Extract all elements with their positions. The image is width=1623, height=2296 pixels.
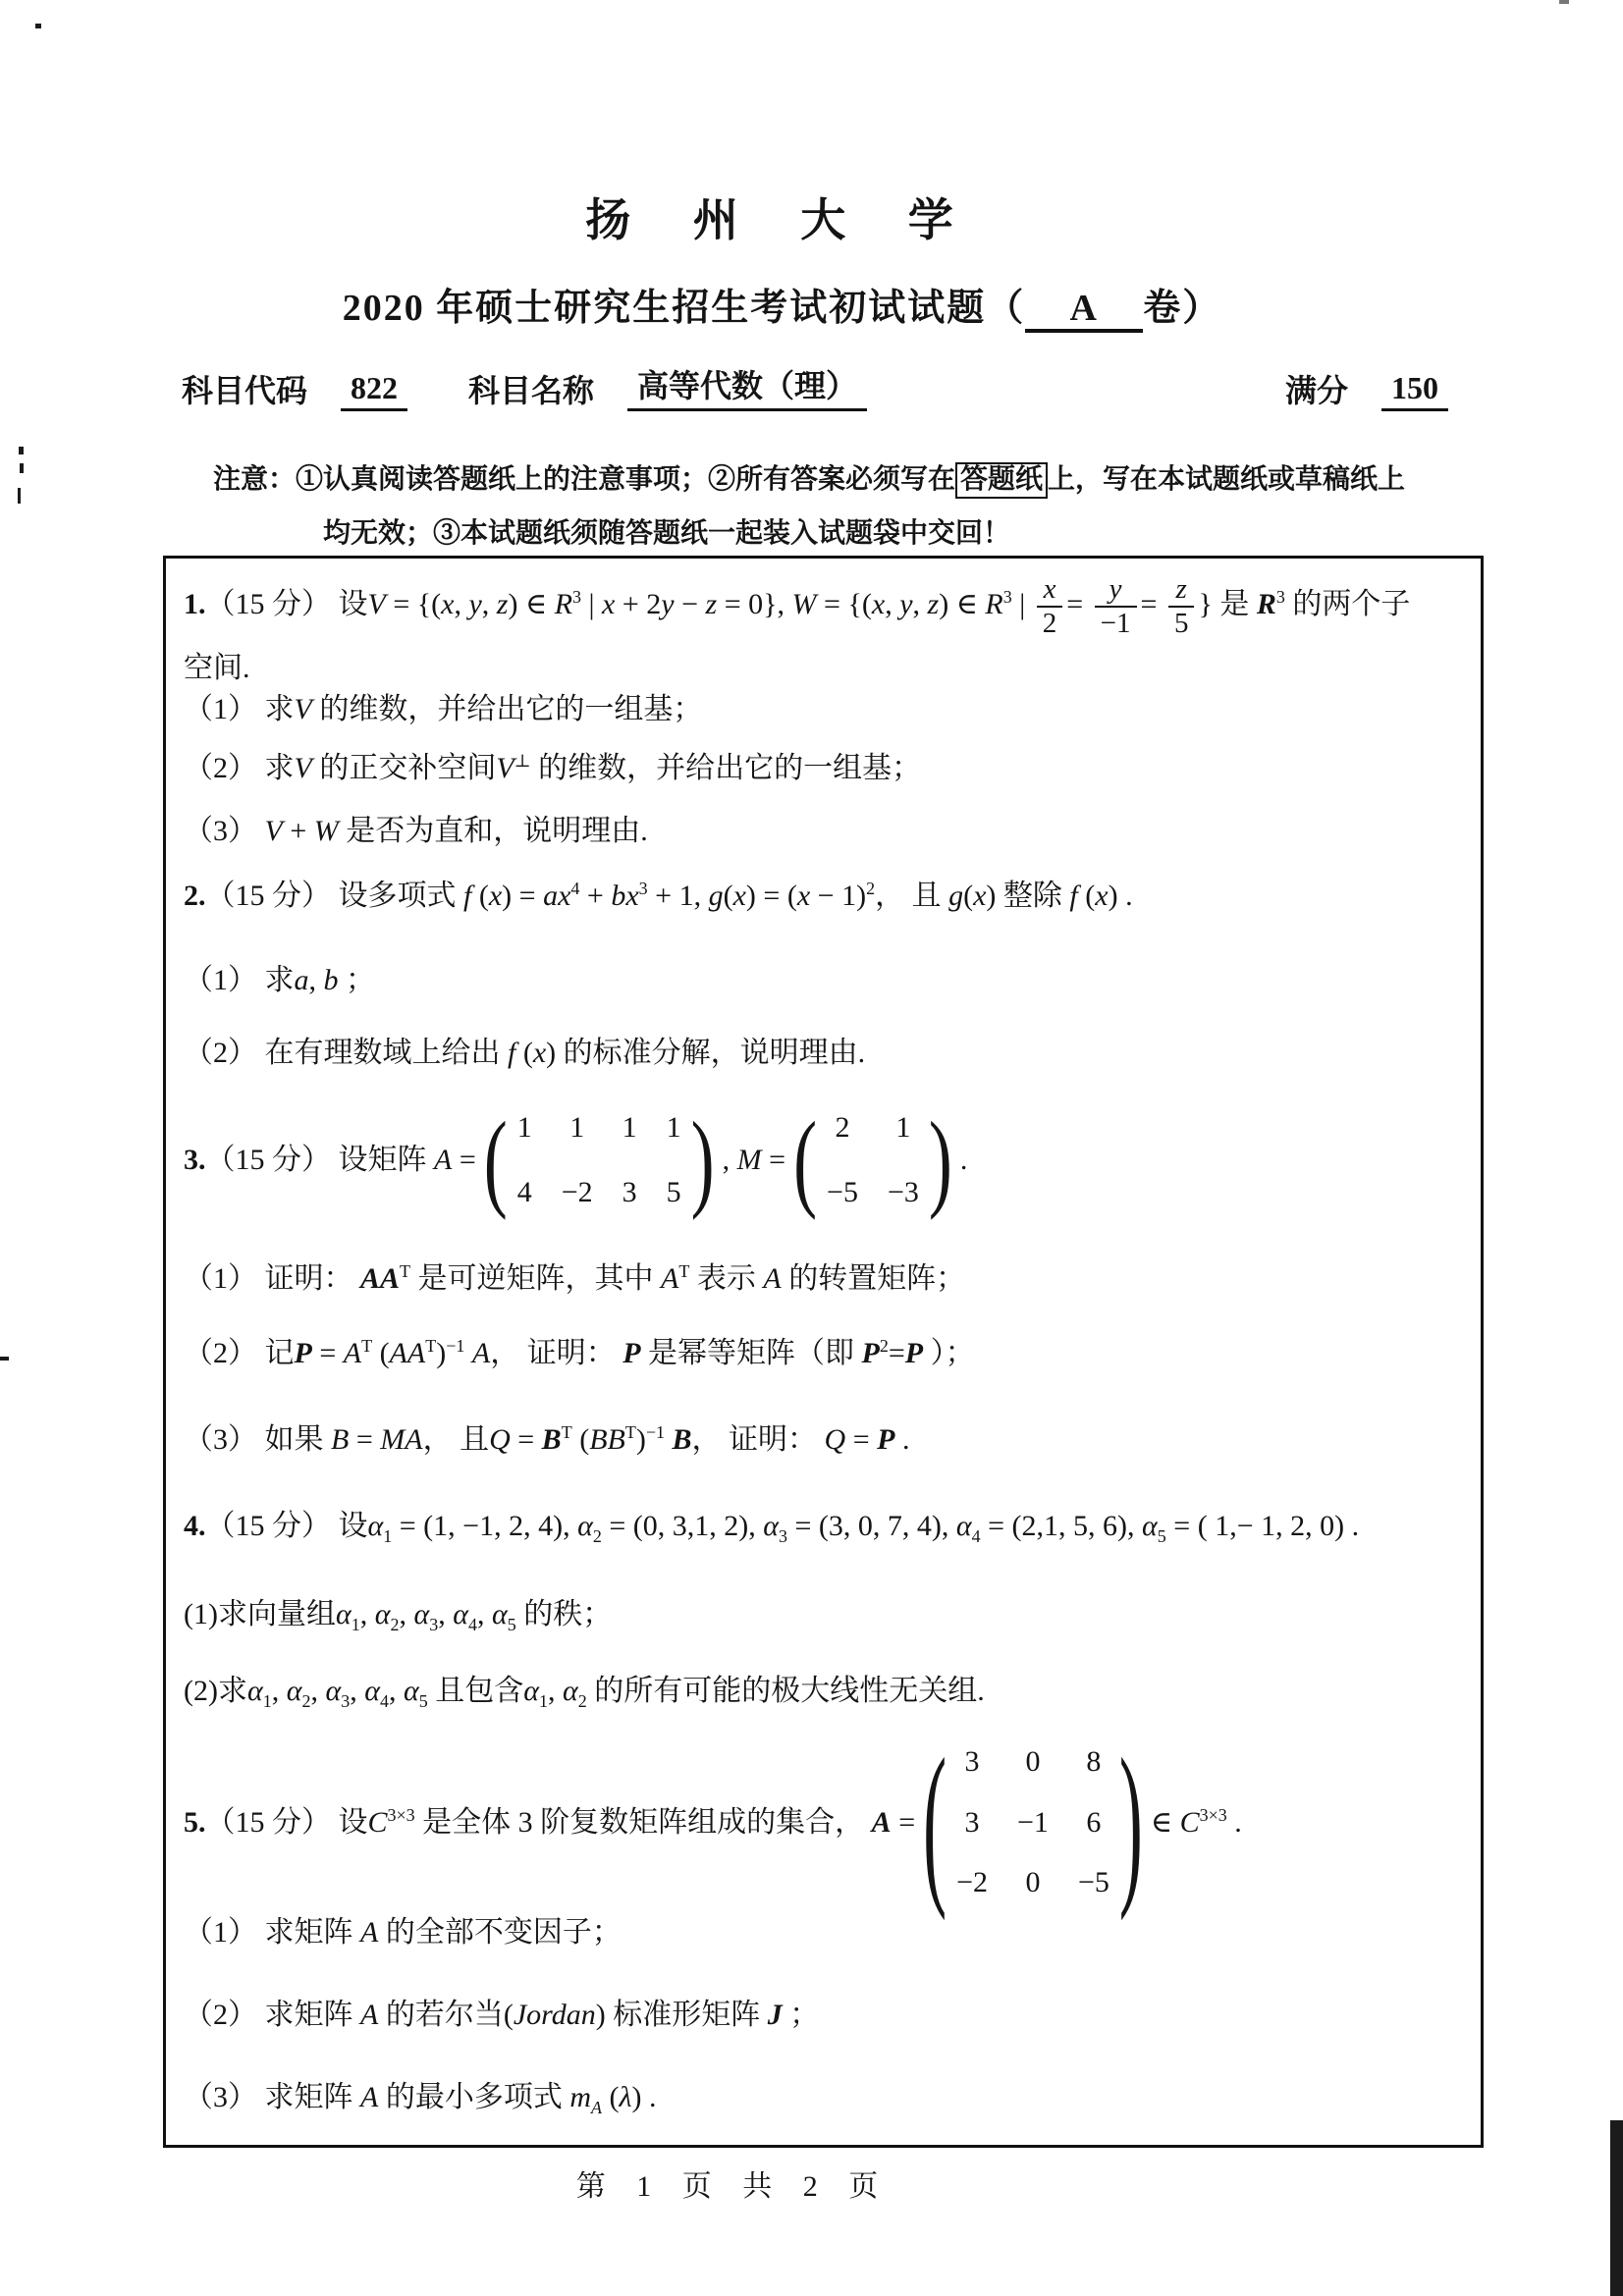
question-1-item-2: （2） 求V 的正交补空间V⊥ 的维数，并给出它的一组基； [184, 747, 1471, 790]
question-5-item-1: （1） 求矩阵 A 的全部不变因子； [184, 1911, 1471, 1954]
question-1-item-3: （3） V + W 是否为直和，说明理由. [184, 810, 1471, 853]
scan-artifact [20, 463, 24, 473]
question-4-item-2: (2)求α1, α2, α3, α4, α5 且包含α1, α2 的所有可能的极… [184, 1670, 1471, 1713]
matrix-cell: 3 [956, 1801, 988, 1844]
full-score-value: 150 [1381, 370, 1448, 411]
question-2-item-2: （2） 在有理数域上给出 f (x) 的标准分解，说明理由. [184, 1032, 1471, 1075]
question-2-main: 2.（15 分） 设多项式 f (x) = ax4 + bx3 + 1, g(x… [184, 875, 1471, 918]
matrix-cell: 1 [667, 1106, 681, 1149]
matrix-cell: −1 [1017, 1801, 1049, 1844]
notice-label: 注意： [213, 464, 296, 495]
exam-paper-page: 扬 州 大 学 2020 年硕士研究生招生考试初试试题（A卷） 科目代码 822… [0, 0, 1623, 2296]
matrix-cell: 3 [956, 1740, 988, 1784]
page-footer: 第 1 页 共 2 页 [0, 2162, 1466, 2205]
subject-row: 科目代码 822 科目名称 高等代数（理） 满分 150 [182, 361, 1448, 411]
full-score-label: 满分 [1285, 366, 1348, 411]
matrix-cell: 1 [562, 1106, 593, 1149]
exam-title: 2020 年硕士研究生招生考试初试试题（A卷） [0, 277, 1564, 333]
question-1-line2: 空间. [184, 647, 1471, 690]
question-4-main: 4.（15 分） 设α1 = (1, −1, 2, 4), α2 = (0, 3… [184, 1505, 1471, 1548]
scan-artifact [19, 447, 24, 454]
matrix-cell: 4 [517, 1171, 532, 1214]
scan-edge-strip [1610, 2120, 1623, 2296]
subject-name-value: 高等代数（理） [627, 361, 867, 411]
matrix-cell: 2 [827, 1106, 858, 1149]
question-5-intro: 5.（15 分） 设C3×3 是全体 3 阶复数矩阵组成的集合， A = [184, 1801, 915, 1844]
matrix-cell: 1 [622, 1106, 637, 1149]
matrix-cell: 1 [888, 1106, 919, 1149]
paper-type-close: 卷） [1143, 288, 1221, 329]
paper-type-open: （ [986, 288, 1025, 329]
question-1-line1: 1.（15 分） 设V = {(x, y, z) ∈ R3 | x + 2y −… [184, 574, 1471, 640]
question-3-item-1: （1） 证明： AAT 是可逆矩阵，其中 AT 表示 A 的转置矩阵； [184, 1257, 1471, 1301]
matrix-cell: 0 [1017, 1861, 1049, 1904]
scan-artifact [0, 1357, 9, 1361]
matrix-cell: 6 [1078, 1801, 1109, 1844]
question-5-end: ∈ C3×3 . [1151, 1801, 1242, 1844]
question-1-item-1: （1） 求V 的维数，并给出它的一组基； [184, 688, 1471, 731]
matrix-cell: −3 [888, 1171, 919, 1214]
scan-artifact [18, 488, 21, 504]
subject-code-label: 科目代码 [182, 366, 307, 411]
question-3-item-2: （2） 记P = AT (AAT)−1 A， 证明： P 是幂等矩阵（即 P2=… [184, 1332, 1471, 1375]
question-5-item-2: （2） 求矩阵 A 的若尔当(Jordan) 标准形矩阵 J ； [184, 1994, 1471, 2037]
questions-box: 1.（15 分） 设V = {(x, y, z) ∈ R3 | x + 2y −… [163, 556, 1484, 2148]
question-3-end: . [960, 1139, 968, 1182]
scan-artifact [1559, 0, 1569, 4]
notice-block: 注意：①认真阅读答题纸上的注意事项；②所有答案必须写在答题纸上，写在本试题纸或草… [213, 454, 1609, 561]
scan-artifact [35, 24, 41, 28]
question-3-mid: , M = [723, 1139, 785, 1182]
matrix-A-3x3: 3083−16−20−5 [923, 1740, 1143, 1904]
question-5-main: 5.（15 分） 设C3×3 是全体 3 阶复数矩阵组成的集合， A = 308… [184, 1740, 1471, 1904]
matrix-M: 21−5−3 [793, 1106, 952, 1213]
notice-part2: 上，写在本试题纸或草稿纸上 [1048, 464, 1405, 495]
matrix-cell: −2 [956, 1861, 988, 1904]
matrix-A: 11114−235 [484, 1106, 715, 1213]
question-3-item-3: （3） 如果 B = MA， 且Q = BT (BBT)−1 B， 证明： Q … [184, 1418, 1471, 1462]
matrix-cell: −2 [562, 1171, 593, 1214]
university-title: 扬 州 大 学 [0, 185, 1564, 249]
matrix-cell: 3 [622, 1171, 637, 1214]
question-5-item-3: （3） 求矩阵 A 的最小多项式 mA (λ) . [184, 2076, 1471, 2119]
matrix-cell: −5 [1078, 1861, 1109, 1904]
question-3-intro: 3.（15 分） 设矩阵 A = [184, 1139, 476, 1182]
paper-type-letter: A [1025, 290, 1143, 333]
matrix-cell: 1 [517, 1106, 532, 1149]
matrix-cell: 0 [1017, 1740, 1049, 1784]
matrix-cell: −5 [827, 1171, 858, 1214]
notice-line2: 均无效；③本试题纸须随答题纸一起装入试题袋中交回！ [323, 518, 1010, 549]
notice-part1: ①认真阅读答题纸上的注意事项；②所有答案必须写在 [296, 464, 955, 495]
question-3-main: 3.（15 分） 设矩阵 A = 11114−235 , M = 21−5−3 … [184, 1106, 1471, 1213]
notice-boxed-term: 答题纸 [955, 462, 1048, 499]
subject-name-label: 科目名称 [468, 366, 594, 411]
question-2-item-1: （1） 求a, b ； [184, 959, 1471, 1002]
exam-title-text: 2020 年硕士研究生招生考试初试试题 [343, 288, 987, 329]
matrix-cell: 5 [667, 1171, 681, 1214]
question-4-item-1: (1)求向量组α1, α2, α3, α4, α5 的秩； [184, 1593, 1471, 1636]
subject-code-value: 822 [341, 370, 407, 411]
matrix-cell: 8 [1078, 1740, 1109, 1784]
